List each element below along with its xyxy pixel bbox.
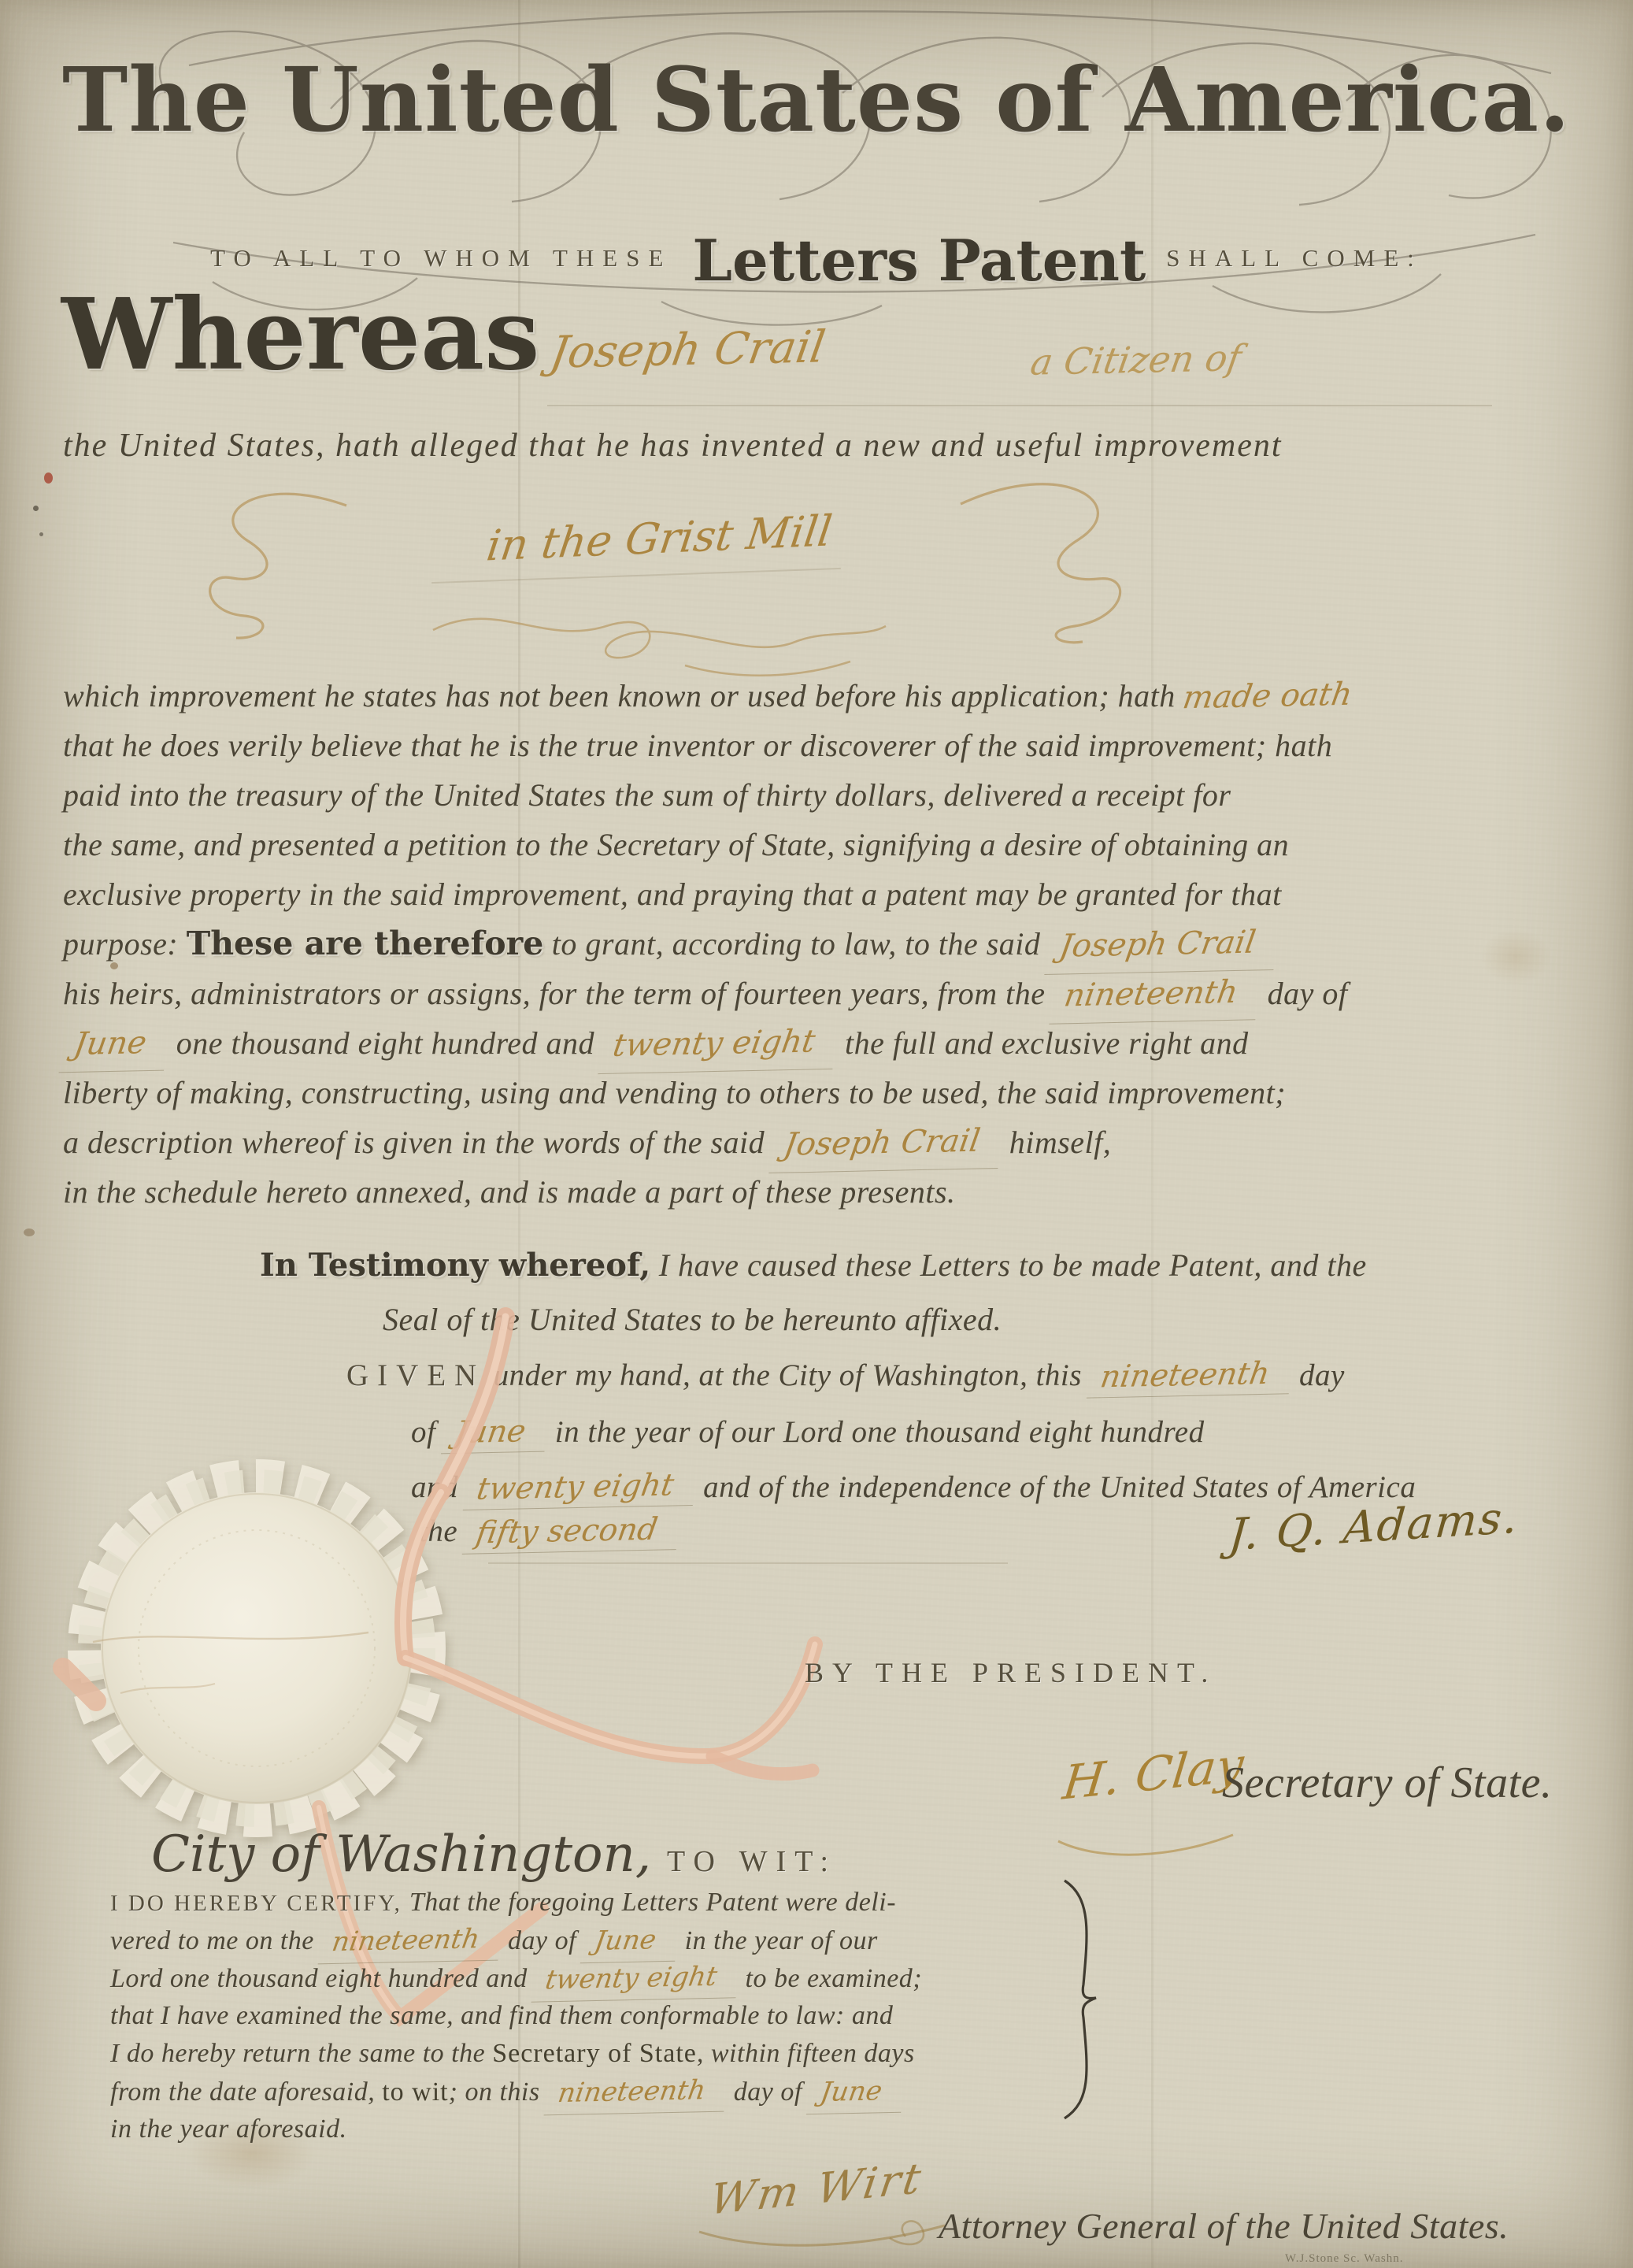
engraver-mark: W.J.Stone Sc. Washn.: [1285, 2252, 1403, 2266]
body-line-7: his heirs, administrators or assigns, fo…: [63, 969, 1352, 1018]
letters-patent-document: The United States of America. TO ALL TO …: [0, 0, 1633, 2268]
invention-flourish-under: [425, 583, 898, 685]
text-segment: his heirs, administrators or assigns, fo…: [63, 976, 1053, 1011]
secretary-title: Secretary of State.: [1222, 1758, 1553, 1808]
text-segment: in the schedule hereto annexed, and is m…: [63, 1174, 956, 1210]
invention-flourish-left: [189, 482, 362, 647]
invention-flourish-right: [937, 472, 1142, 646]
text-segment: in the year of our: [678, 1926, 878, 1955]
text-segment: City of Washington,: [151, 1825, 651, 1884]
paper-stain: [1480, 929, 1551, 984]
whereas-word: Whereas: [61, 277, 540, 392]
ink-speck: [39, 532, 43, 536]
certification-brace: [1060, 1877, 1110, 2122]
body-line-10: a description whereof is given in the wo…: [63, 1117, 1352, 1167]
text-segment: exclusive property in the said improveme…: [63, 876, 1282, 912]
text-segment: I do hereby return the same to the: [110, 2039, 492, 2068]
text-segment: June: [806, 2072, 907, 2114]
signature-flourish: [1053, 1824, 1242, 1868]
by-the-president-caps: BY THE PRESIDENT.: [805, 1656, 1216, 1689]
certification-heading: City of Washington, TO WIT:: [151, 1825, 837, 1884]
text-segment: June: [580, 1921, 681, 1963]
text-segment: That the foregoing Letters Patent were d…: [402, 1888, 896, 1917]
text-segment: twenty eight: [598, 1017, 841, 1074]
patentee-name-fill: Joseph Crail: [546, 321, 828, 378]
body-line-6: purpose: These are therefore to grant, a…: [63, 919, 1352, 969]
text-segment: liberty of making, constructing, using a…: [63, 1075, 1286, 1110]
signature-flourish: [693, 2218, 953, 2254]
ink-speck: [33, 506, 39, 511]
certification-line-3: Lord one thousand eight hundred and twen…: [110, 1959, 922, 1997]
certification-line-1: I DO HEREBY CERTIFY, That the foregoing …: [110, 1884, 922, 1921]
ink-speck: [44, 472, 53, 484]
text-segment: nineteenth: [543, 2071, 730, 2116]
text-segment: himself,: [1001, 1125, 1111, 1160]
certification-line-5: I do hereby return the same to the Secre…: [110, 2035, 922, 2073]
certification-line-6: from the date aforesaid, to wit; on this…: [110, 2073, 922, 2110]
text-segment: Lord one thousand eight hundred and: [110, 1964, 535, 1993]
text-segment: that I have examined the same, and find …: [110, 2001, 893, 2030]
certification-line-2: vered to me on the nineteenth day of Jun…: [110, 1921, 922, 1959]
text-segment: one thousand eight hundred and: [168, 1025, 602, 1061]
text-segment: that he does verily believe that he is t…: [63, 728, 1332, 763]
salutation-pre: TO ALL TO WHOM THESE: [210, 244, 672, 272]
alleged-line: the United States, hath alleged that he …: [63, 427, 1283, 465]
text-segment: from the date aforesaid,: [110, 2077, 382, 2107]
text-segment: the same, and presented a petition to th…: [63, 827, 1289, 862]
text-segment: , within fifteen days: [697, 2039, 915, 2068]
text-segment: TO WIT:: [651, 1845, 837, 1878]
text-segment: which improvement he states has not been…: [63, 678, 1183, 713]
text-segment: These are therefore: [187, 925, 544, 962]
text-segment: day of: [1259, 976, 1347, 1011]
attorney-title: Attorney General of the United States.: [939, 2205, 1509, 2247]
text-segment: Joseph Crail: [768, 1116, 1005, 1173]
text-segment: nineteenth: [1087, 1355, 1294, 1398]
secretary-signature: H. Clay: [1060, 1737, 1246, 1810]
body-line-3: paid into the treasury of the United Sta…: [63, 770, 1352, 820]
patent-body: which improvement he states has not been…: [63, 671, 1352, 1217]
text-segment: to wit: [382, 2077, 448, 2107]
certification-block: I DO HEREBY CERTIFY, That the foregoing …: [110, 1884, 922, 2148]
certification-line-7: in the year aforesaid.: [110, 2110, 922, 2148]
body-line-4: the same, and presented a petition to th…: [63, 820, 1352, 869]
text-segment: nineteenth: [1049, 967, 1263, 1024]
body-line-9: liberty of making, constructing, using a…: [63, 1068, 1352, 1117]
text-segment: twenty eight: [531, 1957, 742, 2002]
salutation-post: SHALL COME:: [1166, 244, 1423, 272]
salutation-emphasis: Letters Patent: [692, 227, 1146, 294]
text-segment: to grant, according to law, to the said: [543, 926, 1049, 962]
body-line-8: June one thousand eight hundred and twen…: [63, 1018, 1352, 1068]
text-segment: day of: [501, 1926, 583, 1955]
body-line-1: which improvement he states has not been…: [63, 671, 1352, 721]
text-segment: made oath: [1179, 670, 1356, 723]
text-segment: to be examined;: [739, 1964, 923, 1993]
text-segment: nineteenth: [317, 1920, 504, 1965]
text-segment: Secretary of State: [492, 2039, 697, 2068]
text-segment: day of: [727, 2077, 809, 2107]
certification-line-4: that I have examined the same, and find …: [110, 1997, 922, 2035]
paper-stain: [24, 1228, 35, 1236]
attorney-signature: Wm Wirt: [707, 2153, 927, 2224]
body-line-11: in the schedule hereto annexed, and is m…: [63, 1167, 1352, 1217]
text-segment: Joseph Crail: [1044, 917, 1281, 975]
text-segment: I DO HEREBY CERTIFY,: [110, 1891, 402, 1916]
text-segment: June: [59, 1018, 172, 1073]
text-segment: paid into the treasury of the United Sta…: [63, 777, 1231, 813]
text-segment: day: [1291, 1358, 1345, 1392]
text-segment: the full and exclusive right and: [837, 1025, 1249, 1061]
body-line-5: exclusive property in the said improveme…: [63, 869, 1352, 919]
text-segment: vered to me on the: [110, 1926, 321, 1955]
text-segment: in the year aforesaid.: [110, 2114, 347, 2144]
invention-name-fill: in the Grist Mill: [483, 506, 835, 571]
citizen-of-fill: a Citizen of: [1028, 336, 1244, 384]
text-segment: a description whereof is given in the wo…: [63, 1125, 773, 1160]
text-segment: ; on this: [449, 2077, 547, 2107]
page-title: The United States of America.: [0, 49, 1633, 152]
text-segment: purpose:: [63, 926, 187, 962]
fill-rule-line: [547, 405, 1492, 406]
body-line-2: that he does verily believe that he is t…: [63, 721, 1352, 770]
